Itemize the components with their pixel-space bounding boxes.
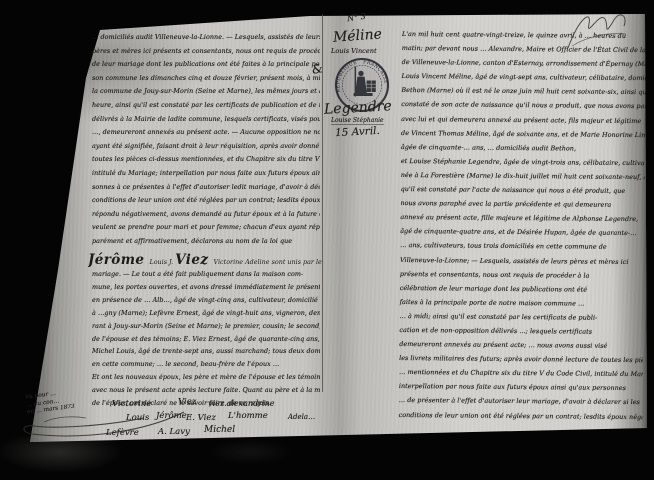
handwritten-line: de l'épouse et des témoins; E. Viez Erne… bbox=[92, 333, 320, 346]
handwritten-line: son commune les dimanches cinq et douze … bbox=[92, 72, 320, 86]
handwritten-line: sonnes à ce présentes à l'effet d'autori… bbox=[92, 181, 320, 195]
handwritten-line: Et ont les nouveaux époux, les père et m… bbox=[92, 371, 320, 384]
handwritten-line: ayant été signifiée, faisant droit à leu… bbox=[92, 140, 320, 154]
handwritten-line: délivrés à la Mairie de ladite commune, … bbox=[92, 113, 320, 127]
handwritten-line: …, demeureront annexés au présent acte. … bbox=[92, 126, 320, 140]
margin-bride-firstnames: Louise Stéphanie bbox=[331, 117, 384, 125]
handwritten-line: Michel Louis, âgé de trente-sept ans, au… bbox=[92, 345, 320, 358]
handwritten-line: conditions de leur union ont été réglées… bbox=[92, 194, 320, 208]
left-page-text-continued: mariage. — Le tout a été fait publiqueme… bbox=[92, 268, 320, 410]
handwritten-line: parément et affirmativement, déclarons a… bbox=[92, 235, 320, 249]
handwritten-line: rant à Jouy-sur-Morin (Seine et Marne); … bbox=[92, 320, 320, 333]
signature: A. Lavy bbox=[158, 427, 190, 437]
handwritten-line: intitulé du Mariage; interpellation par … bbox=[92, 167, 320, 181]
signature: Lefèvre bbox=[106, 428, 139, 438]
ampersand-mark: & bbox=[311, 61, 324, 77]
signature: E. Viez bbox=[186, 413, 216, 423]
handwritten-line: constaté de son acte de naissance qu'il … bbox=[401, 97, 645, 113]
left-page-text: … domiciliés audit Villeneuve-la-Lionne.… bbox=[92, 31, 320, 249]
groom-surname-bold: Jérôme bbox=[88, 252, 144, 268]
handwritten-line: mariage. — Le tout a été fait publiqueme… bbox=[92, 268, 320, 281]
handwritten-line: heure, ainsi qu'il est constaté par les … bbox=[92, 99, 320, 113]
signature: Adela… bbox=[288, 413, 315, 421]
signature: L'homme bbox=[228, 411, 268, 421]
bride-firstname-script: Victorine Adeline sont unis par le bbox=[214, 258, 322, 266]
signature: Victorine bbox=[112, 399, 151, 409]
handwritten-line: mune, les portes ouvertes, et avons dres… bbox=[92, 281, 320, 294]
handwritten-line: en cette commune; … le second, beau-frèr… bbox=[92, 358, 320, 371]
handwritten-line: en présence de … Alb…, âgé de vingt-cinq… bbox=[92, 294, 320, 307]
signature: Louis bbox=[126, 413, 149, 423]
handwritten-line: Villeneuve-la-Lionne; — Lesquels, assist… bbox=[400, 252, 644, 268]
bride-surname-bold: Viez bbox=[175, 252, 208, 268]
handwritten-line: de leur mariage dont les publications on… bbox=[92, 58, 320, 72]
handwritten-line: veulent se prendre pour mari et pour fem… bbox=[92, 221, 320, 235]
union-declaration-line: Jérôme Louis J. Viez Victorine Adeline s… bbox=[88, 249, 322, 268]
signature: Viez bbox=[178, 397, 196, 407]
margin-groom-firstnames: Louis Vincent bbox=[331, 47, 377, 55]
handwritten-line: conditions de leur union ont été réglées… bbox=[399, 408, 643, 424]
handwritten-line: … de présenter à l'effet d'autoriser leu… bbox=[399, 393, 643, 409]
handwritten-line: … domiciliés audit Villeneuve-la-Lionne.… bbox=[92, 31, 320, 45]
right-page-text: L'an mil huit cent quatre-vingt-treize, … bbox=[399, 27, 646, 424]
handwritten-line: à …gny (Marne); Lefèvre Ernest, âgé de v… bbox=[92, 307, 320, 320]
scan-background: … domiciliés audit Villeneuve-la-Lionne.… bbox=[0, 0, 654, 480]
margin-groom-surname: Méline bbox=[333, 26, 383, 45]
handwritten-line: pères et mères ici présents et consentan… bbox=[92, 45, 320, 59]
groom-firstname-script: Louis J. bbox=[149, 258, 175, 266]
handwritten-line: toutes les pièces ci-dessus mentionnées,… bbox=[92, 153, 320, 167]
signature: Michel bbox=[204, 425, 235, 435]
signature: Jérôme bbox=[156, 411, 187, 421]
handwritten-line: répondu négativement, avons demandé au f… bbox=[92, 208, 320, 222]
handwritten-line: la commune de Jouy-sur-Morin (Seine et M… bbox=[92, 85, 320, 99]
handwritten-line: avec nous le présent acte après lecture … bbox=[92, 384, 320, 397]
signature: viez alexandrine bbox=[208, 399, 274, 408]
handwritten-line: … ans, cultivateurs, tous trois domicili… bbox=[400, 238, 644, 254]
margin-act-date: 15 Avril. bbox=[335, 125, 380, 139]
